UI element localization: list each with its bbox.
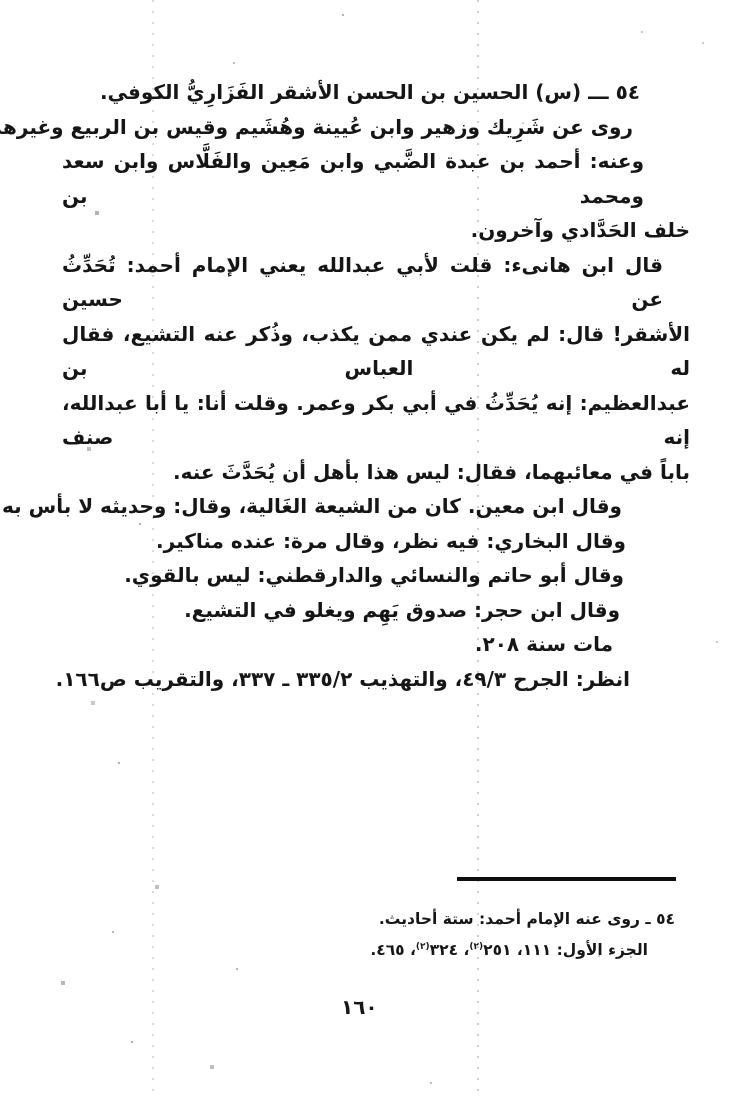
text-line: وعنه: أحمد بن عبدة الضَّبي وابن مَعِين و… — [62, 144, 690, 213]
text-line: وقال أبو حاتم والنسائي والدارقطني: ليس ب… — [62, 558, 690, 593]
text-line: قال ابن هانىء: قلت لأبي عبدالله يعني الإ… — [62, 248, 690, 317]
footnote-separator — [457, 877, 676, 881]
footnote-ref-superscript: (٢) — [416, 942, 430, 952]
text-line: مات سنة ٢٠٨. — [62, 627, 690, 662]
text-line: خلف الحَدَّادي وآخرون. — [62, 213, 690, 248]
text-line: وقال ابن معين. كان من الشيعة الغَالية، و… — [62, 489, 690, 524]
footnotes: ٥٤ ـ روى عنه الإمام أحمد: ستة أحاديث.الج… — [290, 904, 675, 966]
scan-noise — [0, 0, 2, 2]
entry-body: ٥٤ ـــ (س) الحسين بن الحسن الأشقر الفَزَ… — [62, 75, 690, 696]
text-line: الأشقر! قال: لم يكن عندي ممن يكذب، وذُكر… — [62, 317, 690, 386]
text-line: الجزء الأول: ١١١، ٢٥١(٢)، ٣٢٤(٢)، ٤٦٥. — [290, 935, 675, 966]
text-line: باباً في معائبهما، فقال: ليس هذا بأهل أن… — [62, 455, 690, 490]
text-line: انظر: الجرح ٤٩/٣، والتهذيب ٣٣٥/٢ ـ ٣٣٧، … — [62, 662, 690, 697]
text-line: ٥٤ ـ روى عنه الإمام أحمد: ستة أحاديث. — [290, 904, 675, 935]
text-line: وقال ابن حجر: صدوق يَهِم ويغلو في التشيع… — [62, 593, 690, 628]
scanned-book-page: ٥٤ ـــ (س) الحسين بن الحسن الأشقر الفَزَ… — [0, 0, 749, 1097]
text-line: وقال البخاري: فيه نظر، وقال مرة: عنده من… — [62, 524, 690, 559]
text-line: ٥٤ ـــ (س) الحسين بن الحسن الأشقر الفَزَ… — [62, 75, 690, 110]
text-line: عبدالعظيم: إنه يُحَدِّثُ في أبي بكر وعمر… — [62, 386, 690, 455]
footnote-ref-superscript: (٢) — [469, 942, 483, 952]
page-number: ١٦٠ — [341, 995, 378, 1019]
text-line: روى عن شَرِيك وزهير وابن عُيينة وهُشَيم … — [62, 110, 690, 145]
